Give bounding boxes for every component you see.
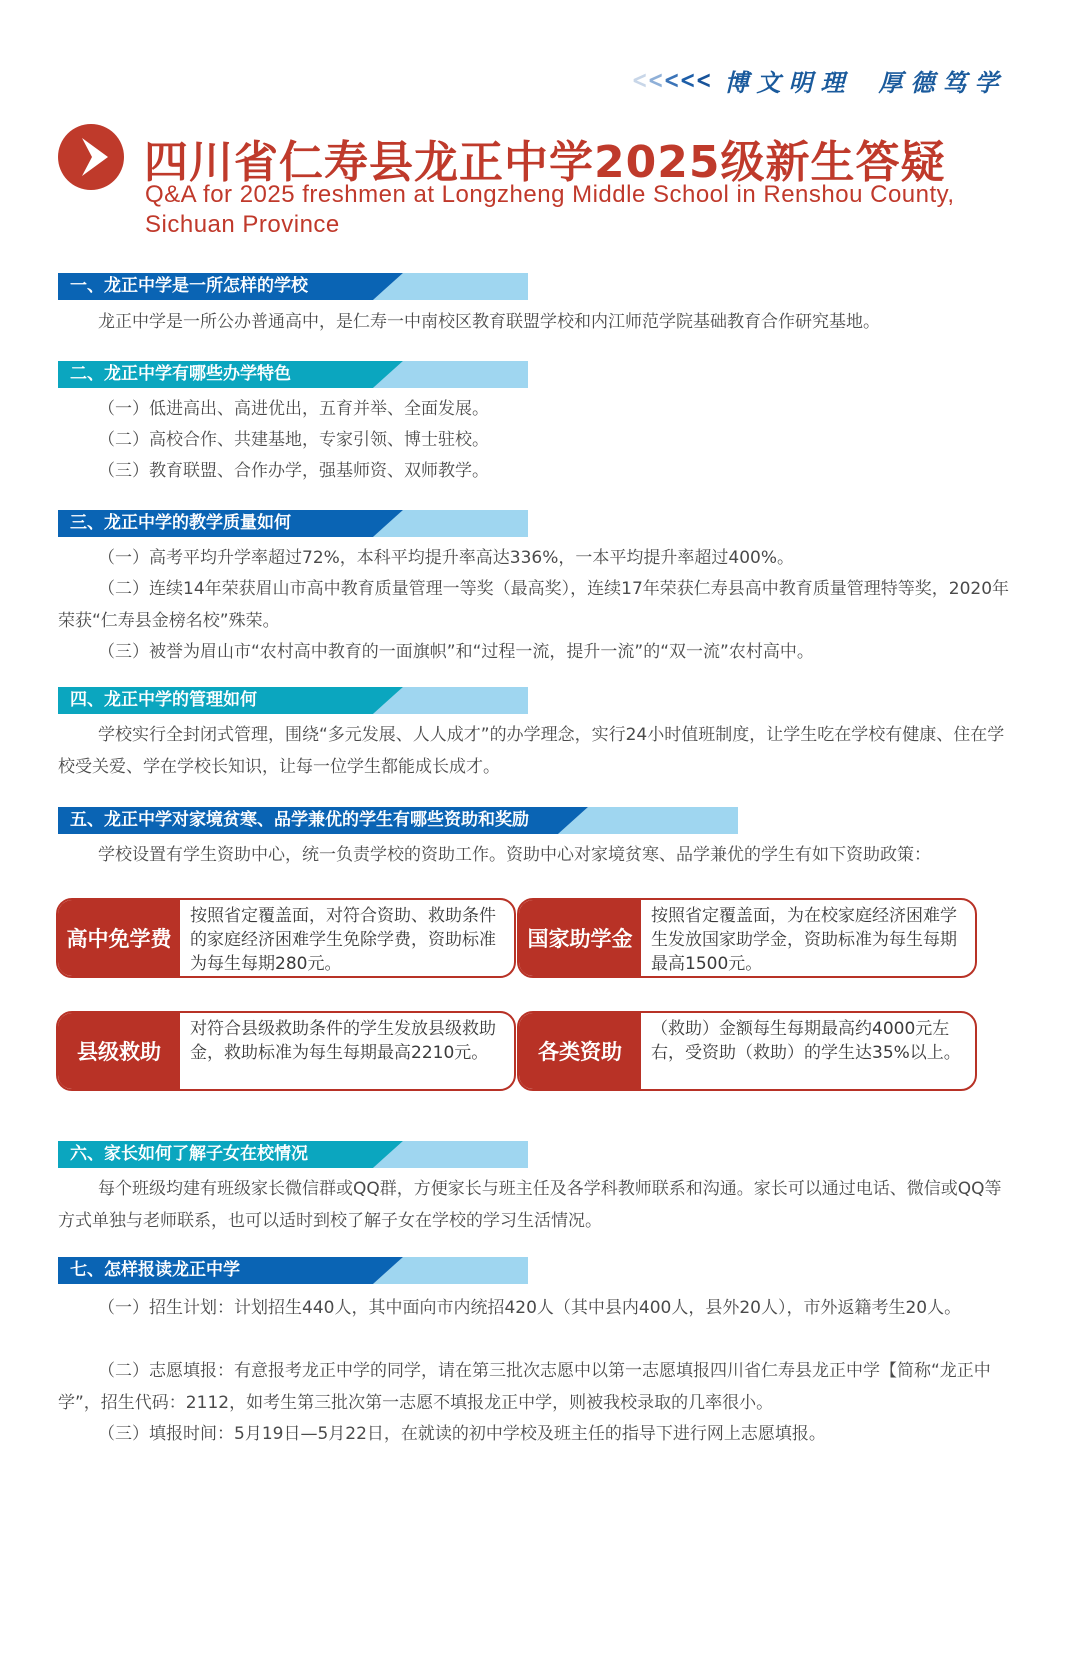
- aid-box-county-relief: 县级救助 对符合县级救助条件的学生发放县级救助金，救助标准为每生每期最高2210…: [56, 1011, 516, 1091]
- section-3-heading: 三、龙正中学的教学质量如何: [58, 510, 498, 537]
- section-2-item-1: （一）低进高出、高进优出，五育并举、全面发展。: [58, 393, 1018, 425]
- section-2-item-2: （二）高校合作、共建基地，专家引领、博士驻校。: [58, 424, 1018, 456]
- section-2-heading: 二、龙正中学有哪些办学特色: [58, 361, 498, 388]
- section-4-paragraph: 学校实行全封闭式管理，围绕“多元发展、人人成才”的办学理念，实行24小时值班制度…: [58, 719, 1018, 783]
- aid-description: 按照省定覆盖面，为在校家庭经济困难学生发放国家助学金，资助标准为每生每期最高15…: [641, 900, 975, 976]
- aid-label: 县级救助: [58, 1013, 180, 1089]
- chevron-left-icon: <: [664, 66, 677, 94]
- aid-box-national-grant: 国家助学金 按照省定覆盖面，为在校家庭经济困难学生发放国家助学金，资助标准为每生…: [517, 898, 977, 978]
- section-3-item-1: （一）高考平均升学率超过72%，本科平均提升率高达336%，一本平均提升率超过4…: [58, 542, 1018, 574]
- chevron-left-icon: <: [696, 66, 709, 94]
- section-6-heading: 六、家长如何了解子女在校情况: [58, 1141, 498, 1168]
- aid-description: 按照省定覆盖面，对符合资助、救助条件的家庭经济困难学生免除学费，资助标准为每生每…: [180, 900, 514, 976]
- section-heading-text: 三、龙正中学的教学质量如何: [70, 510, 291, 537]
- section-5-paragraph: 学校设置有学生资助中心，统一负责学校的资助工作。资助中心对家境贫寒、品学兼优的学…: [58, 839, 1018, 871]
- school-motto: < < < < < 博文明理 厚德笃学: [630, 62, 1030, 98]
- aid-box-tuition-waiver: 高中免学费 按照省定覆盖面，对符合资助、救助条件的家庭经济困难学生免除学费，资助…: [56, 898, 516, 978]
- section-5-heading: 五、龙正中学对家境贫寒、品学兼优的学生有哪些资助和奖励: [58, 807, 698, 834]
- section-7-item-3: （三）填报时间：5月19日—5月22日，在就读的初中学校及班主任的指导下进行网上…: [58, 1418, 1018, 1450]
- chevron-left-icon: <: [648, 66, 661, 94]
- section-1-paragraph: 龙正中学是一所公办普通高中，是仁寿一中南校区教育联盟学校和内江师范学院基础教育合…: [58, 306, 1018, 338]
- aid-description: 对符合县级救助条件的学生发放县级救助金，救助标准为每生每期最高2210元。: [180, 1013, 514, 1089]
- section-2-item-3: （三）教育联盟、合作办学，强基师资、双师教学。: [58, 455, 1018, 487]
- motto-part-1: 博文明理: [725, 63, 853, 98]
- section-heading-text: 六、家长如何了解子女在校情况: [70, 1141, 308, 1168]
- chevrons-left-icon: < < < < <: [630, 66, 711, 94]
- aid-label: 高中免学费: [58, 900, 180, 976]
- section-7-item-2: （二）志愿填报：有意报考龙正中学的同学，请在第三批次志愿中以第一志愿填报四川省仁…: [58, 1355, 1018, 1419]
- section-heading-text: 五、龙正中学对家境贫寒、品学兼优的学生有哪些资助和奖励: [70, 807, 529, 834]
- chevron-right-icon: [58, 124, 124, 190]
- chevron-left-icon: <: [680, 66, 693, 94]
- section-3-item-3: （三）被誉为眉山市“农村高中教育的一面旗帜”和“过程一流，提升一流”的“双一流”…: [58, 636, 1018, 668]
- section-4-heading: 四、龙正中学的管理如何: [58, 687, 498, 714]
- section-1-heading: 一、龙正中学是一所怎样的学校: [58, 273, 498, 300]
- aid-label: 国家助学金: [519, 900, 641, 976]
- section-heading-text: 四、龙正中学的管理如何: [70, 687, 257, 714]
- chevron-left-icon: <: [632, 66, 645, 94]
- section-7-item-1: （一）招生计划：计划招生440人，其中面向市内统招420人（其中县内400人，县…: [58, 1292, 1018, 1324]
- aid-box-various-aid: 各类资助 （救助）金额每生每期最高约4000元左右，受资助（救助）的学生达35%…: [517, 1011, 977, 1091]
- section-3-item-2: （二）连续14年荣获眉山市高中教育质量管理一等奖（最高奖），连续17年荣获仁寿县…: [58, 573, 1018, 637]
- section-6-paragraph: 每个班级均建有班级家长微信群或QQ群，方便家长与班主任及各学科教师联系和沟通。家…: [58, 1173, 1018, 1237]
- section-heading-text: 七、怎样报读龙正中学: [70, 1257, 240, 1284]
- motto-part-2: 厚德笃学: [879, 63, 1007, 98]
- aid-description: （救助）金额每生每期最高约4000元左右，受资助（救助）的学生达35%以上。: [641, 1013, 975, 1089]
- aid-label: 各类资助: [519, 1013, 641, 1089]
- page-subtitle-english: Q&A for 2025 freshmen at Longzheng Middl…: [145, 180, 1025, 240]
- section-7-heading: 七、怎样报读龙正中学: [58, 1257, 498, 1284]
- section-heading-text: 二、龙正中学有哪些办学特色: [70, 361, 291, 388]
- section-heading-text: 一、龙正中学是一所怎样的学校: [70, 273, 308, 300]
